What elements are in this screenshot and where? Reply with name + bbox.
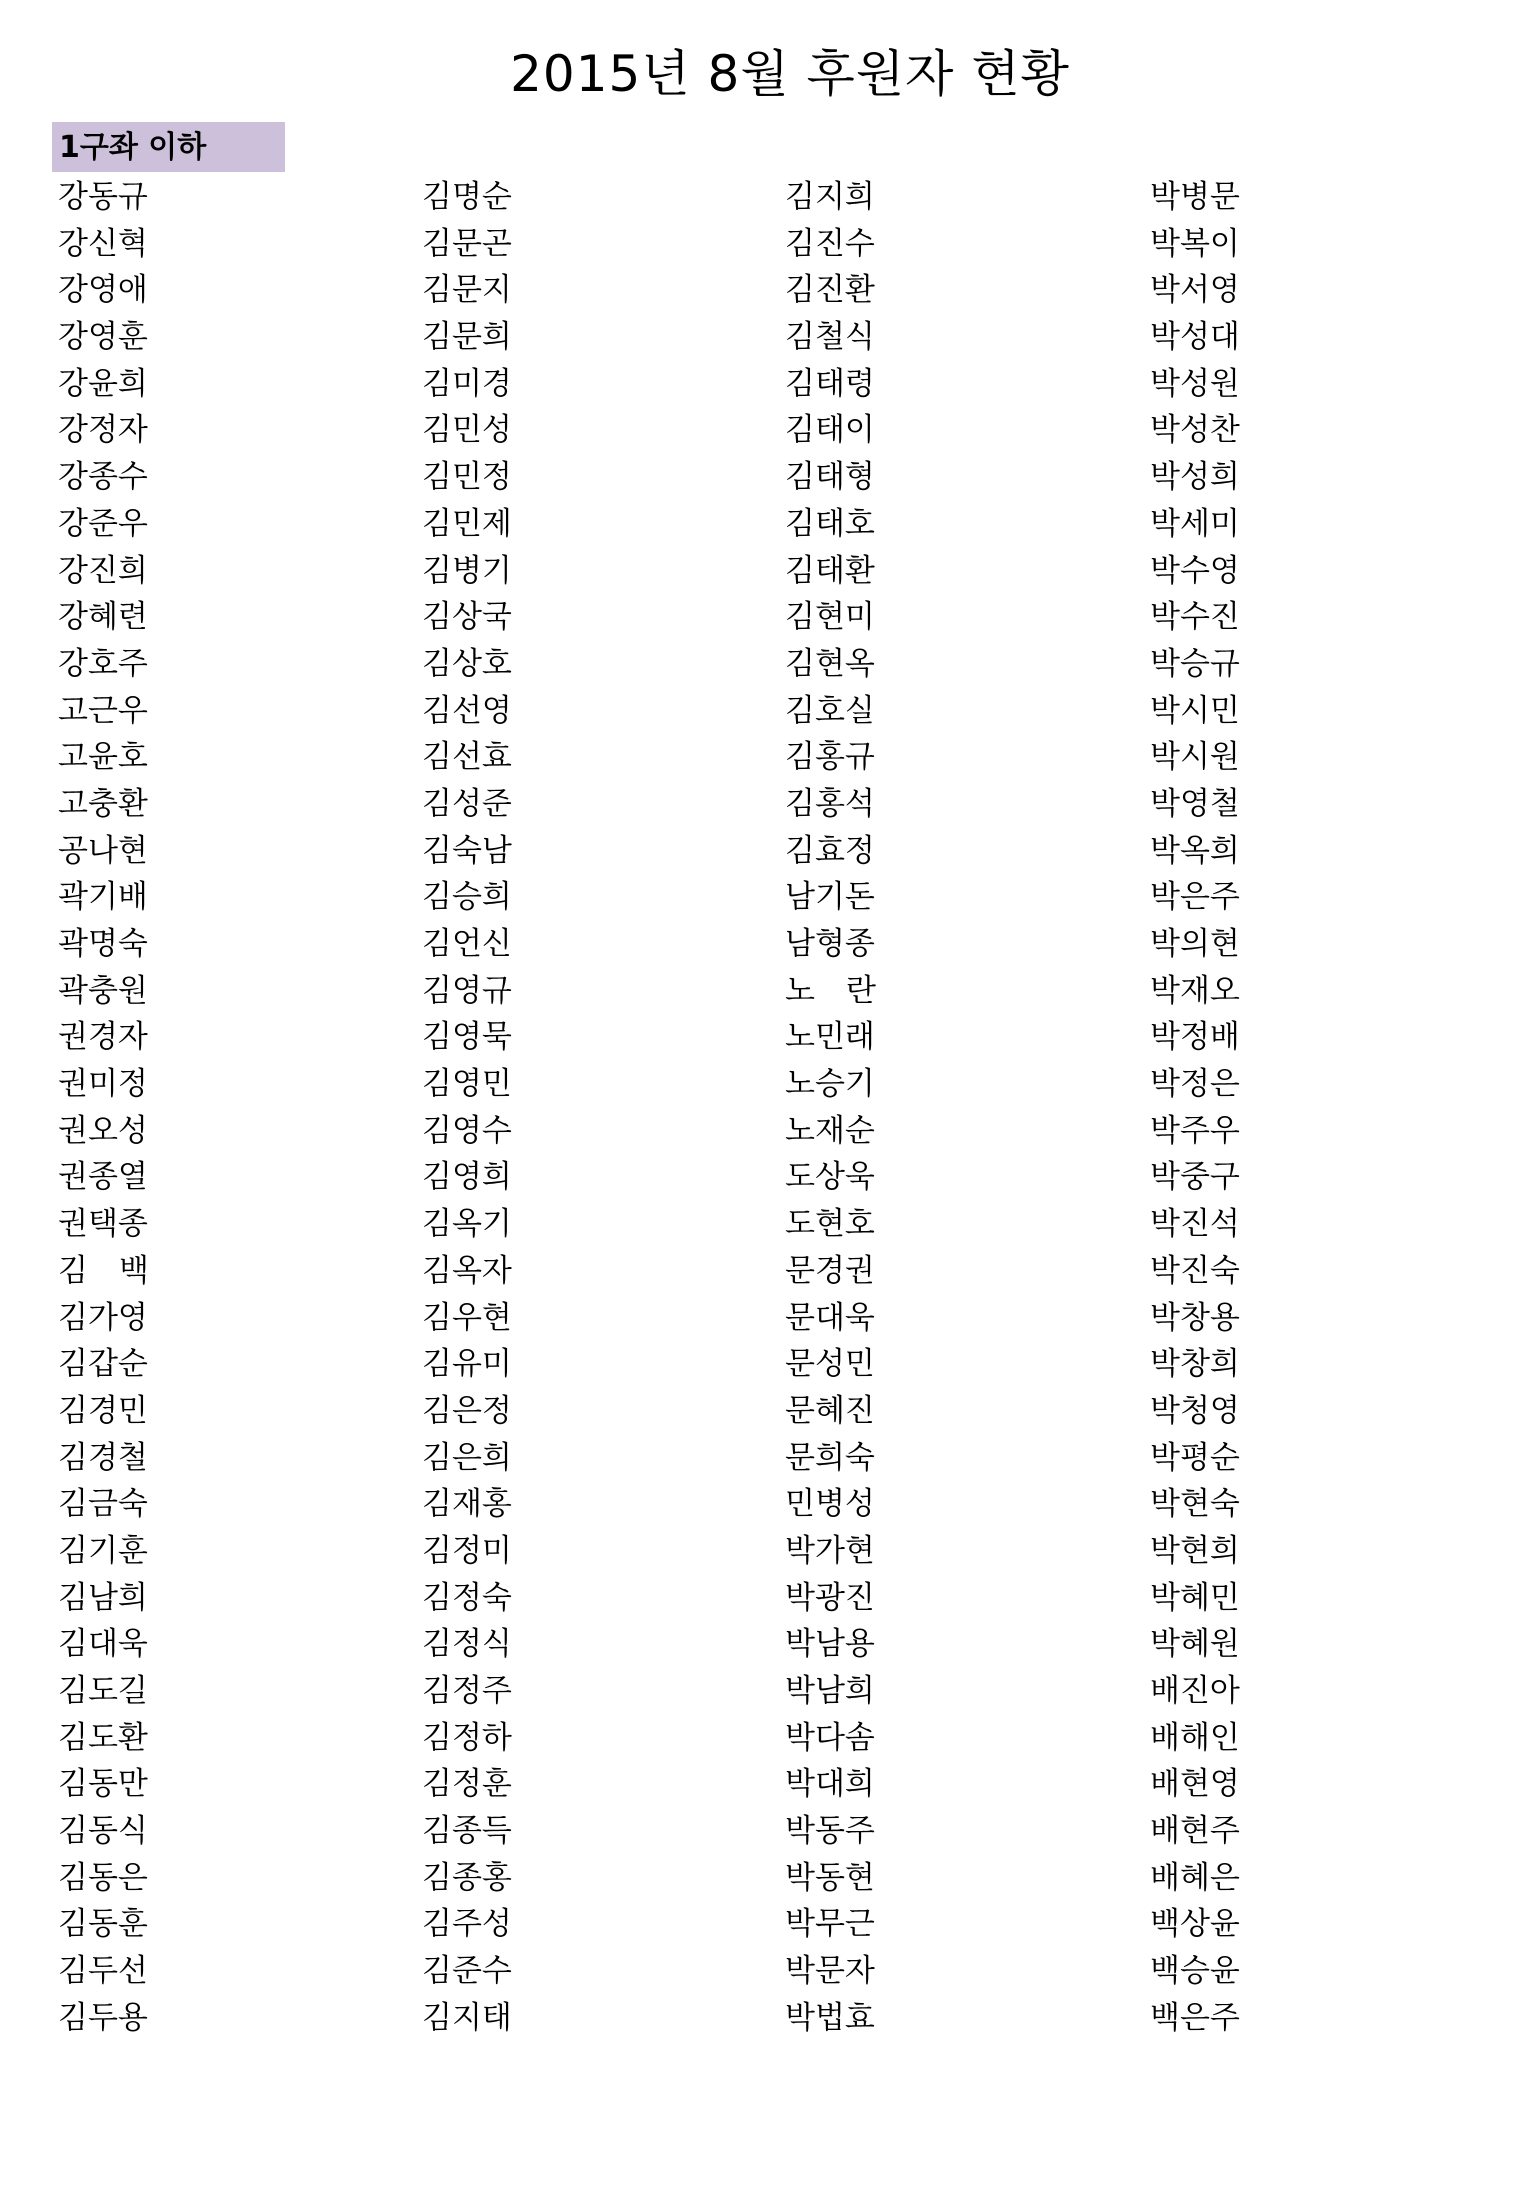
donor-name: 김옥자 <box>422 1248 752 1295</box>
donor-name: 김은정 <box>422 1388 752 1435</box>
donor-name: 문경권 <box>785 1248 1115 1295</box>
donor-name: 김태령 <box>785 361 1115 408</box>
donor-name: 박세미 <box>1150 501 1480 548</box>
donor-name: 김승희 <box>422 874 752 921</box>
donor-name: 고충환 <box>58 781 388 828</box>
donor-name: 김기훈 <box>58 1528 388 1575</box>
donor-name: 민병성 <box>785 1481 1115 1528</box>
donor-name: 김영수 <box>422 1108 752 1155</box>
donor-name: 김현미 <box>785 594 1115 641</box>
donor-name: 박진숙 <box>1150 1248 1480 1295</box>
donor-name: 김대욱 <box>58 1621 388 1668</box>
donor-name: 남기돈 <box>785 874 1115 921</box>
donor-name: 김문지 <box>422 267 752 314</box>
donor-name: 김지희 <box>785 174 1115 221</box>
donor-name: 김민성 <box>422 407 752 454</box>
donor-name: 김진수 <box>785 221 1115 268</box>
donor-name: 박수영 <box>1150 548 1480 595</box>
donor-name: 박창희 <box>1150 1341 1480 1388</box>
donor-name: 김병기 <box>422 548 752 595</box>
donor-name: 강혜련 <box>58 594 388 641</box>
donor-name: 박정은 <box>1150 1061 1480 1108</box>
donor-name: 김동식 <box>58 1808 388 1855</box>
donor-name: 김경민 <box>58 1388 388 1435</box>
donor-name: 박병문 <box>1150 174 1480 221</box>
donor-name: 문희숙 <box>785 1435 1115 1482</box>
donor-name: 공나현 <box>58 828 388 875</box>
donor-name: 김태이 <box>785 407 1115 454</box>
donor-name: 김민제 <box>422 501 752 548</box>
donor-column-3: 김지희김진수김진환김철식김태령김태이김태형김태호김태환김현미김현옥김호실김홍규김… <box>785 174 1115 2042</box>
donor-name: 김우현 <box>422 1295 752 1342</box>
donor-name: 남형종 <box>785 921 1115 968</box>
donor-name: 박성찬 <box>1150 407 1480 454</box>
donor-name: 권미정 <box>58 1061 388 1108</box>
donor-name: 김영민 <box>422 1061 752 1108</box>
donor-name: 강호주 <box>58 641 388 688</box>
donor-name: 백승윤 <box>1150 1948 1480 1995</box>
donor-name: 박현숙 <box>1150 1481 1480 1528</box>
donor-name: 김종홍 <box>422 1855 752 1902</box>
donor-name: 김선효 <box>422 734 752 781</box>
donor-name: 김명순 <box>422 174 752 221</box>
donor-name: 박옥희 <box>1150 828 1480 875</box>
donor-name: 김태호 <box>785 501 1115 548</box>
donor-name: 박시원 <box>1150 734 1480 781</box>
donor-name: 박수진 <box>1150 594 1480 641</box>
donor-name: 김종득 <box>422 1808 752 1855</box>
donor-name: 김도환 <box>58 1715 388 1762</box>
donor-name: 김금숙 <box>58 1481 388 1528</box>
donor-name: 박가현 <box>785 1528 1115 1575</box>
donor-name: 강윤희 <box>58 361 388 408</box>
donor-name: 김유미 <box>422 1341 752 1388</box>
donor-name: 권경자 <box>58 1014 388 1061</box>
donor-name: 김미경 <box>422 361 752 408</box>
donor-name: 권오성 <box>58 1108 388 1155</box>
donor-name: 도현호 <box>785 1201 1115 1248</box>
donor-name: 김진환 <box>785 267 1115 314</box>
donor-name: 배현영 <box>1150 1761 1480 1808</box>
donor-name: 박무근 <box>785 1901 1115 1948</box>
donor-name: 김철식 <box>785 314 1115 361</box>
donor-name: 김정숙 <box>422 1575 752 1622</box>
donor-name: 백은주 <box>1150 1995 1480 2042</box>
donor-name: 박서영 <box>1150 267 1480 314</box>
donor-name: 김가영 <box>58 1295 388 1342</box>
donor-name: 김문희 <box>422 314 752 361</box>
donor-name: 김주성 <box>422 1901 752 1948</box>
donor-name: 박평순 <box>1150 1435 1480 1482</box>
donor-name: 도상욱 <box>785 1154 1115 1201</box>
donor-name: 박중구 <box>1150 1154 1480 1201</box>
donor-name: 김태형 <box>785 454 1115 501</box>
donor-name: 김두용 <box>58 1995 388 2042</box>
donor-name: 곽기배 <box>58 874 388 921</box>
donor-name: 김민정 <box>422 454 752 501</box>
donor-name: 박청영 <box>1150 1388 1480 1435</box>
donor-name: 김성준 <box>422 781 752 828</box>
donor-name: 강준우 <box>58 501 388 548</box>
donor-name: 문성민 <box>785 1341 1115 1388</box>
donor-name: 곽충원 <box>58 968 388 1015</box>
donor-name: 박다솜 <box>785 1715 1115 1762</box>
donor-name: 박동현 <box>785 1855 1115 1902</box>
donor-name: 권택종 <box>58 1201 388 1248</box>
donor-name: 김홍규 <box>785 734 1115 781</box>
donor-name: 박성원 <box>1150 361 1480 408</box>
donor-name: 박법효 <box>785 1995 1115 2042</box>
donor-name: 김정미 <box>422 1528 752 1575</box>
donor-name: 김태환 <box>785 548 1115 595</box>
donor-name: 노민래 <box>785 1014 1115 1061</box>
donor-name: 노재순 <box>785 1108 1115 1155</box>
donor-name: 박대희 <box>785 1761 1115 1808</box>
donor-name: 박복이 <box>1150 221 1480 268</box>
donor-name: 박시민 <box>1150 688 1480 735</box>
donor-name: 김동은 <box>58 1855 388 1902</box>
donor-name: 김숙남 <box>422 828 752 875</box>
donor-name: 김상호 <box>422 641 752 688</box>
donor-name: 고근우 <box>58 688 388 735</box>
donor-name: 배현주 <box>1150 1808 1480 1855</box>
donor-name: 박주우 <box>1150 1108 1480 1155</box>
donor-name: 김갑순 <box>58 1341 388 1388</box>
donor-name: 배해인 <box>1150 1715 1480 1762</box>
donor-name: 김정훈 <box>422 1761 752 1808</box>
donor-name: 김정주 <box>422 1668 752 1715</box>
donor-name: 박의현 <box>1150 921 1480 968</box>
donor-name: 김호실 <box>785 688 1115 735</box>
donor-column-2: 김명순김문곤김문지김문희김미경김민성김민정김민제김병기김상국김상호김선영김선효김… <box>422 174 752 2042</box>
donor-name: 김준수 <box>422 1948 752 1995</box>
donor-name: 김정하 <box>422 1715 752 1762</box>
donor-name: 강진희 <box>58 548 388 595</box>
donor-name: 김영규 <box>422 968 752 1015</box>
donor-name: 박남희 <box>785 1668 1115 1715</box>
donor-name: 김재홍 <box>422 1481 752 1528</box>
donor-name: 배진아 <box>1150 1668 1480 1715</box>
donor-name: 김동만 <box>58 1761 388 1808</box>
donor-name: 김옥기 <box>422 1201 752 1248</box>
donor-name: 문혜진 <box>785 1388 1115 1435</box>
donor-name: 권종열 <box>58 1154 388 1201</box>
donor-name: 김도길 <box>58 1668 388 1715</box>
donor-name: 박남용 <box>785 1621 1115 1668</box>
donor-name: 박진석 <box>1150 1201 1480 1248</box>
section-header-1-account-or-less: 1구좌 이하 <box>52 122 285 172</box>
donor-name: 김영묵 <box>422 1014 752 1061</box>
donor-name: 박성희 <box>1150 454 1480 501</box>
donor-name: 김문곤 <box>422 221 752 268</box>
donor-name: 박영철 <box>1150 781 1480 828</box>
donor-name: 곽명숙 <box>58 921 388 968</box>
donor-name: 김언신 <box>422 921 752 968</box>
donor-name: 박승규 <box>1150 641 1480 688</box>
donor-name: 김동훈 <box>58 1901 388 1948</box>
donor-name: 김현옥 <box>785 641 1115 688</box>
donor-name: 박동주 <box>785 1808 1115 1855</box>
donor-name: 강동규 <box>58 174 388 221</box>
donor-name: 박문자 <box>785 1948 1115 1995</box>
donor-name: 박성대 <box>1150 314 1480 361</box>
donor-name: 강종수 <box>58 454 388 501</box>
donor-name: 문대욱 <box>785 1295 1115 1342</box>
donor-name: 백상윤 <box>1150 1901 1480 1948</box>
donor-name: 김 백 <box>58 1248 388 1295</box>
donor-name: 김선영 <box>422 688 752 735</box>
donor-name: 박정배 <box>1150 1014 1480 1061</box>
donor-name: 배혜은 <box>1150 1855 1480 1902</box>
donor-name: 김정식 <box>422 1621 752 1668</box>
donor-column-4: 박병문박복이박서영박성대박성원박성찬박성희박세미박수영박수진박승규박시민박시원박… <box>1150 174 1480 2042</box>
donor-name: 강신혁 <box>58 221 388 268</box>
donor-name: 김남희 <box>58 1575 388 1622</box>
donor-name: 노승기 <box>785 1061 1115 1108</box>
donor-name: 박혜원 <box>1150 1621 1480 1668</box>
donor-name: 박창용 <box>1150 1295 1480 1342</box>
donor-name: 김경철 <box>58 1435 388 1482</box>
donor-name: 박혜민 <box>1150 1575 1480 1622</box>
donor-column-1: 강동규강신혁강영애강영훈강윤희강정자강종수강준우강진희강혜련강호주고근우고윤호고… <box>58 174 388 2042</box>
donor-name: 김효정 <box>785 828 1115 875</box>
donor-name: 김영희 <box>422 1154 752 1201</box>
donor-name: 김두선 <box>58 1948 388 1995</box>
donor-name: 김상국 <box>422 594 752 641</box>
donor-name: 박광진 <box>785 1575 1115 1622</box>
donor-name: 강영훈 <box>58 314 388 361</box>
donor-name: 박현희 <box>1150 1528 1480 1575</box>
donor-name: 강정자 <box>58 407 388 454</box>
donor-name: 고윤호 <box>58 734 388 781</box>
donor-name: 김홍석 <box>785 781 1115 828</box>
donor-name: 박재오 <box>1150 968 1480 1015</box>
page-title: 2015년 8월 후원자 현황 <box>0 42 1520 106</box>
donor-name: 노 란 <box>785 968 1115 1015</box>
donor-name: 박은주 <box>1150 874 1480 921</box>
donor-name: 김지태 <box>422 1995 752 2042</box>
donor-name: 김은희 <box>422 1435 752 1482</box>
donor-name: 강영애 <box>58 267 388 314</box>
